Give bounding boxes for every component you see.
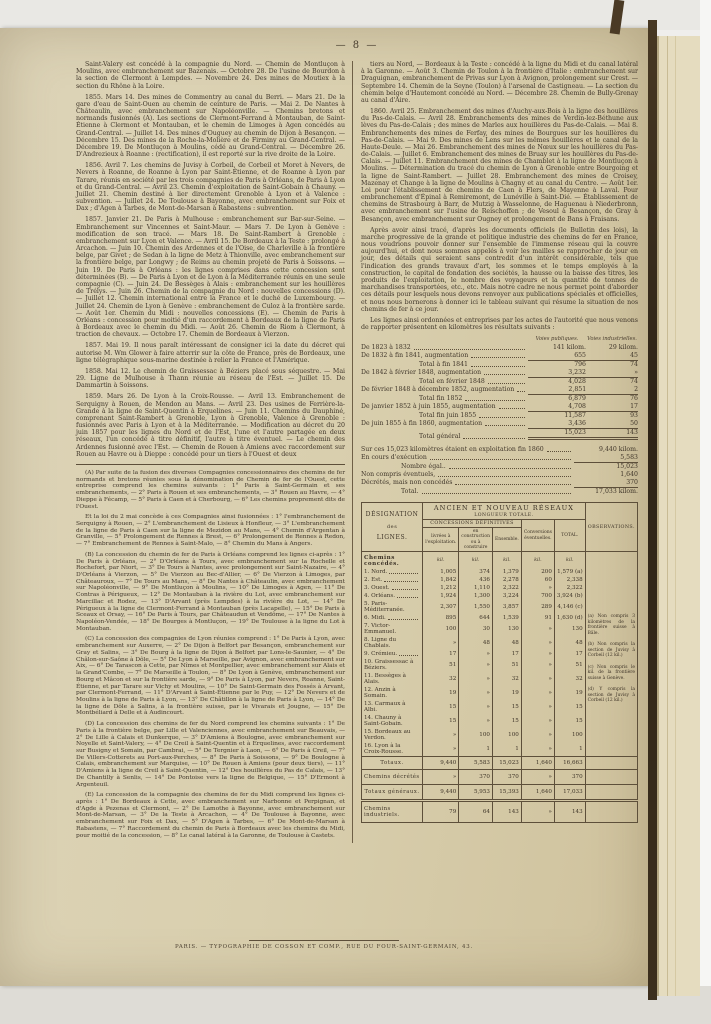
footnote-e: (E) La concession de la compagnie des ch… (76, 792, 345, 839)
paragraph-1860: 1860. Avril 25. Embranchement des mines … (361, 108, 638, 223)
table-row: 1. Nord. 1,0053741,3792001,579 (a) (a) N… (362, 568, 638, 576)
book-page: — 8 — Saint-Valery est concédé à la comp… (0, 28, 648, 986)
printer-imprint-block: PARIS. — TYPOGRAPHIE DE COSSON ET COMP.,… (0, 940, 648, 950)
stats-total-row: Total fin 18526,87976 (361, 394, 638, 402)
paragraph-apres-avoir: Après avoir ainsi tracé, d'après les doc… (361, 227, 638, 313)
paragraph-les-lignes: Les lignes ainsi ordonnées et entreprise… (361, 317, 638, 331)
paragraph-continuation: Saint-Valery est concédé à la compagnie … (76, 61, 345, 90)
footnote-b: (B) La concession du chemin de fer de Pa… (76, 552, 345, 633)
paragraph-continuation-right: tiers au Nord, — Bordeaux à la Teste : c… (361, 61, 638, 104)
stats-row: De 1823 à 1832141 kilom.29 kilom. (361, 344, 638, 351)
table-designation-header: DÉSIGNATION des LIGNES. (362, 503, 423, 552)
stats-row: De juin 1855 à fin 1860, augmentation3,4… (361, 420, 638, 427)
observations-cell: (a) Non compris 3 kilomètres de la front… (585, 568, 637, 757)
recap-row: Nombre égal..15,023 (361, 462, 638, 470)
stats-grand-total-row: Total général15,023143 (361, 428, 638, 440)
reseaux-table: DÉSIGNATION des LIGNES. ANCIEN ET NOUVEA… (361, 502, 638, 823)
stats-row: De février 1848 à décembre 1852, augment… (361, 386, 638, 393)
printer-imprint: PARIS. — TYPOGRAPHIE DE COSSON ET COMP.,… (0, 944, 648, 950)
left-column: Saint-Valery est concédé à la compagnie … (76, 61, 352, 843)
paragraph-1855: 1855. Mars 14. Des mines de Commentry au… (76, 94, 345, 159)
next-page-edge (657, 36, 700, 996)
table-decretes-row: Chemins décrétés »370370»370 (362, 769, 638, 784)
stats-row: De 1832 à fin 1841, augmentation65545 (361, 352, 638, 359)
stats-col-header-public: Voies publiques. (528, 336, 586, 342)
photo-background-right (700, 0, 711, 1024)
recap-row: Sur ces 15,023 kilomètres étaient en exp… (361, 446, 638, 453)
recap-statistics: Sur ces 15,023 kilomètres étaient en exp… (361, 446, 638, 495)
footnote-c: (C) La concession des compagnies de Lyon… (76, 636, 345, 717)
stats-total-row: Total en février 18484,02874 (361, 377, 638, 385)
photo-background-bottom (0, 986, 711, 1024)
table-subtitle: LONGUEUR TOTALE. (425, 513, 582, 518)
table-section-row: Chemins concédés. kil. kil. kil. kil. ki… (362, 551, 638, 568)
observation-c: (c) Non compris le kil. de la frontière … (588, 665, 635, 682)
stats-row: De janvier 1852 à juin 1855, augmentatio… (361, 403, 638, 410)
footnote-separator (76, 464, 345, 465)
paragraph-1859: 1859. Mars 26. De Lyon à la Croix-Rousse… (76, 393, 345, 458)
table-title: ANCIEN ET NOUVEAU RÉSEAUX LONGUEUR TOTAL… (423, 503, 585, 520)
table-totaux-row: Totaux. 9,4405,58315,0231,64016,663 (362, 756, 638, 769)
recap-total-row: Total.17,033 kilom. (361, 487, 638, 495)
imprint-rule (249, 940, 399, 941)
col-header-conversions: Conversions éventuelles. (521, 520, 554, 552)
col-header-construction: en construction ou à construire (459, 528, 493, 552)
book-gutter (648, 20, 657, 1000)
col-header-ensemble: Ensemble. (492, 528, 521, 552)
page-content: — 8 — Saint-Valery est concédé à la comp… (76, 40, 638, 843)
kilometer-statistics: Voies publiques. Voies industrielles. De… (361, 336, 638, 440)
footnote-d: (D) La concession des chemins de fer du … (76, 721, 345, 788)
paragraph-1856: 1856. Avril 7. Les chemins de Juvisy à C… (76, 162, 345, 212)
right-column: tiers au Nord, — Bordeaux à la Teste : c… (352, 61, 638, 843)
observation-a: (a) Non compris 3 kilomètres de la front… (588, 614, 635, 636)
table-observations-header: OBSERVATIONS. (585, 503, 637, 552)
recap-row: En cours d'exécution5,583 (361, 454, 638, 461)
page-number: — 8 — (76, 40, 638, 51)
photo-background-top (0, 0, 711, 30)
stats-col-header-industrial: Voies industrielles. (586, 336, 638, 342)
table-totaux-generaux-row: Totaux généraux. 9,4405,95315,3931,64017… (362, 784, 638, 800)
paragraph-1857: 1857. Janvier 21. De Paris à Mulhouse : … (76, 216, 345, 338)
stats-total-row: Total fin juin 185511,58793 (361, 411, 638, 419)
observation-d: (d) Y compris la section de Juvisy à Cor… (588, 687, 635, 704)
footnote-a2: Et la loi du 2 mai concède à ces Compagn… (76, 514, 345, 548)
recap-row: Décrétés, mais non concédés370 (361, 479, 638, 486)
paragraph-1857-telegraph: 1857. Mai 19. Il nous paraît intéressant… (76, 342, 345, 364)
col-header-livrees: livrées à l'exploitation. (423, 528, 459, 552)
table-group-header: CONCESSIONS DÉFINITIVES (423, 520, 522, 528)
recap-row: Non compris éventuels,1,640 (361, 471, 638, 478)
footnote-a: (A) Par suite de la fusion des diverses … (76, 470, 345, 510)
col-header-total: TOTAL. (554, 520, 585, 552)
table-industriels-row: Chemins industriels. 7964143»143 (362, 800, 638, 822)
stats-total-row: Total à fin 184179674 (361, 360, 638, 368)
stats-row: De 1842 à février 1848, augmentation3,23… (361, 369, 638, 376)
paragraph-1858: 1858. Mai 12. Le chemin de Graissessac à… (76, 368, 345, 390)
observation-b: (b) Non compris la section de Juvisy à C… (588, 642, 635, 659)
